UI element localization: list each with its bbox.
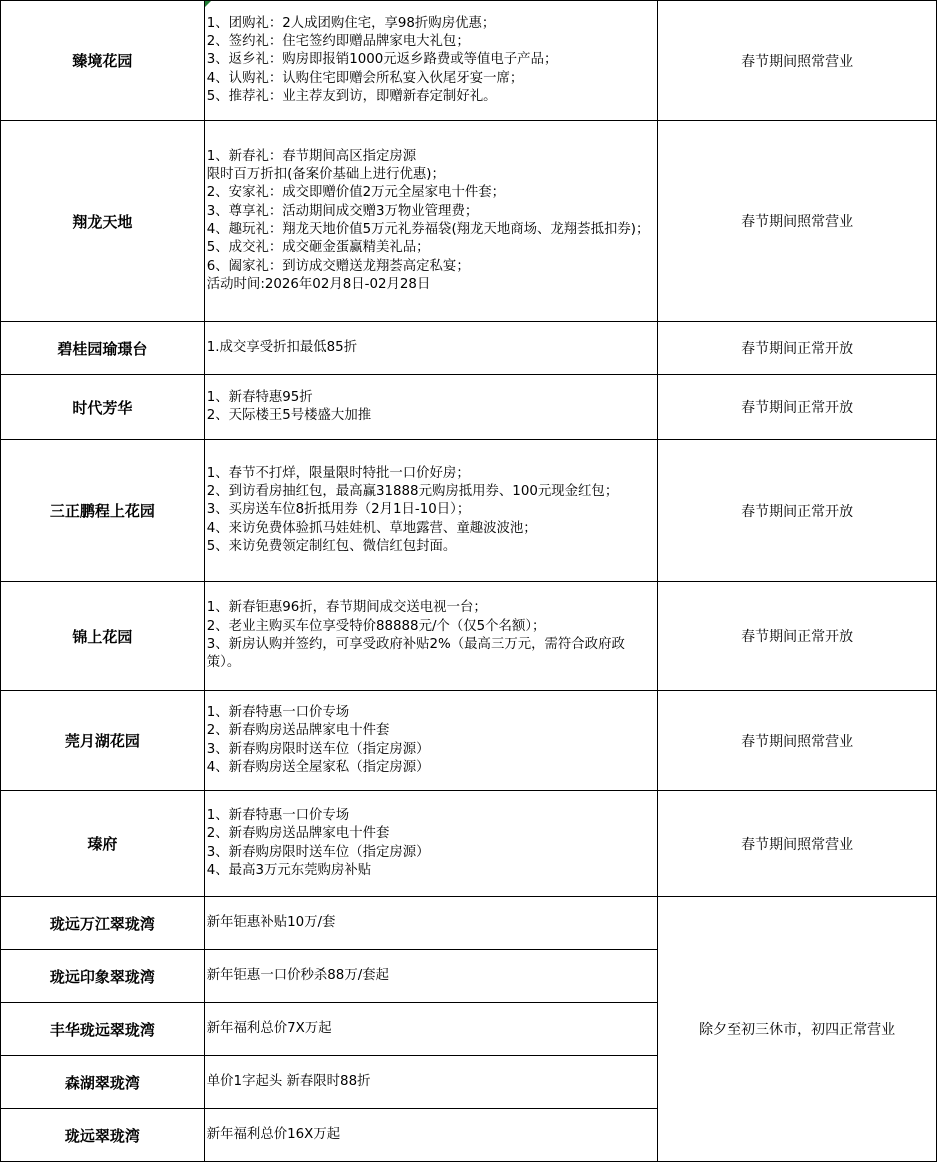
- promo-line: 1、团购礼：2人成团购住宅，享98折购房优惠；: [207, 15, 658, 33]
- status-cell[interactable]: 春节期间照常营业: [658, 791, 937, 897]
- promo-line: 4、来访免费体验抓马娃娃机、草地露营、童趣波波池；: [207, 520, 658, 538]
- table-row: 锦上花园 1、新春钜惠96折，春节期间成交送电视一台； 2、老业主购买车位享受特…: [1, 582, 937, 691]
- promotions-table: 臻境花园 1、团购礼：2人成团购住宅，享98折购房优惠； 2、签约礼：住宅签约即…: [0, 0, 937, 1162]
- promo-line: 3、新春购房限时送车位（指定房源）: [207, 741, 658, 759]
- project-name-cell[interactable]: 珑远印象翠珑湾: [1, 950, 205, 1003]
- promo-cell[interactable]: 1、新春钜惠96折，春节期间成交送电视一台； 2、老业主购买车位享受特价8888…: [204, 582, 658, 691]
- promo-line: 新年福利总价16X万起: [207, 1126, 658, 1144]
- promo-line: 1、春节不打烊，限量限时特批一口价好房；: [207, 465, 658, 483]
- promo-line: 1、新春特惠一口价专场: [207, 704, 658, 722]
- project-name-cell[interactable]: 珑远万江翠珑湾: [1, 897, 205, 950]
- project-name-cell[interactable]: 瑧府: [1, 791, 205, 897]
- table-row: 珑远万江翠珑湾 新年钜惠补贴10万/套 除夕至初三休市，初四正常营业: [1, 897, 937, 950]
- promo-line: 2、安家礼：成交即赠价值2万元全屋家电十件套；: [207, 184, 658, 202]
- project-name-cell[interactable]: 三正鹏程上花园: [1, 440, 205, 582]
- promo-line: 2、老业主购买车位享受特价88888元/个（仅5个名额）；: [207, 618, 658, 636]
- promo-cell[interactable]: 1、新春特惠一口价专场 2、新春购房送品牌家电十件套 3、新春购房限时送车位（指…: [204, 691, 658, 791]
- promo-line: 1、新春钜惠96折，春节期间成交送电视一台；: [207, 599, 658, 617]
- project-name-cell[interactable]: 翔龙天地: [1, 121, 205, 322]
- promo-line: 1、新春特惠一口价专场: [207, 807, 658, 825]
- promo-line: 3、尊享礼：活动期间成交赠3万物业管理费；: [207, 203, 658, 221]
- promo-line: 2、到访看房抽红包，最高赢31888元购房抵用券、100元现金红包；: [207, 483, 658, 501]
- promo-line: 6、阖家礼：到访成交赠送龙翔荟高定私宴；: [207, 258, 658, 276]
- promo-line: 限时百万折扣(备案价基础上进行优惠)；: [207, 166, 658, 184]
- table-row: 莞月湖花园 1、新春特惠一口价专场 2、新春购房送品牌家电十件套 3、新春购房限…: [1, 691, 937, 791]
- promo-cell[interactable]: 新年福利总价16X万起: [204, 1109, 658, 1162]
- project-name-cell[interactable]: 碧桂园瑜璟台: [1, 322, 205, 375]
- status-cell[interactable]: 春节期间照常营业: [658, 121, 937, 322]
- project-name-cell[interactable]: 时代芳华: [1, 375, 205, 440]
- promo-cell[interactable]: 1、新春特惠95折 2、天际楼王5号楼盛大加推: [204, 375, 658, 440]
- promo-line: 3、买房送车位8折抵用券（2月1日-10日）；: [207, 501, 658, 519]
- promo-line: 4、认购礼：认购住宅即赠会所私宴入伙尾牙宴一席；: [207, 70, 658, 88]
- promo-line: 2、新春购房送品牌家电十件套: [207, 722, 658, 740]
- table-row: 时代芳华 1、新春特惠95折 2、天际楼王5号楼盛大加推 春节期间正常开放: [1, 375, 937, 440]
- status-cell[interactable]: 春节期间正常开放: [658, 582, 937, 691]
- promo-cell[interactable]: 1、春节不打烊，限量限时特批一口价好房； 2、到访看房抽红包，最高赢31888元…: [204, 440, 658, 582]
- table-row: 瑧府 1、新春特惠一口价专场 2、新春购房送品牌家电十件套 3、新春购房限时送车…: [1, 791, 937, 897]
- table-row: 三正鹏程上花园 1、春节不打烊，限量限时特批一口价好房； 2、到访看房抽红包，最…: [1, 440, 937, 582]
- promo-line: 2、签约礼：住宅签约即赠品牌家电大礼包；: [207, 33, 658, 51]
- table-row: 臻境花园 1、团购礼：2人成团购住宅，享98折购房优惠； 2、签约礼：住宅签约即…: [1, 1, 937, 121]
- promo-line: 3、新春购房限时送车位（指定房源）: [207, 844, 658, 862]
- project-name-cell[interactable]: 臻境花园: [1, 1, 205, 121]
- project-name-cell[interactable]: 莞月湖花园: [1, 691, 205, 791]
- status-cell[interactable]: 春节期间正常开放: [658, 322, 937, 375]
- promo-cell[interactable]: 单价1字起头 新春限时88折: [204, 1056, 658, 1109]
- promo-cell[interactable]: 1.成交享受折扣最低85折: [204, 322, 658, 375]
- promo-line: 1、新春礼：春节期间高区指定房源: [207, 148, 658, 166]
- promo-line: 活动时间:2026年02月8日-02月28日: [207, 276, 658, 294]
- promo-cell[interactable]: 1、团购礼：2人成团购住宅，享98折购房优惠； 2、签约礼：住宅签约即赠品牌家电…: [204, 1, 658, 121]
- status-cell[interactable]: 春节期间正常开放: [658, 375, 937, 440]
- promo-line: 新年钜惠补贴10万/套: [207, 914, 658, 932]
- promo-cell[interactable]: 1、新春礼：春节期间高区指定房源 限时百万折扣(备案价基础上进行优惠)； 2、安…: [204, 121, 658, 322]
- promo-line: 5、推荐礼：业主荐友到访，即赠新春定制好礼。: [207, 88, 658, 106]
- project-name-cell[interactable]: 丰华珑远翠珑湾: [1, 1003, 205, 1056]
- merged-status-cell[interactable]: 除夕至初三休市，初四正常营业: [658, 897, 937, 1162]
- promo-cell[interactable]: 1、新春特惠一口价专场 2、新春购房送品牌家电十件套 3、新春购房限时送车位（指…: [204, 791, 658, 897]
- promo-cell[interactable]: 新年钜惠补贴10万/套: [204, 897, 658, 950]
- promo-line: 5、成交礼：成交砸金蛋赢精美礼品；: [207, 239, 658, 257]
- table-row: 翔龙天地 1、新春礼：春节期间高区指定房源 限时百万折扣(备案价基础上进行优惠)…: [1, 121, 937, 322]
- promo-line: 单价1字起头 新春限时88折: [207, 1073, 658, 1091]
- status-cell[interactable]: 春节期间照常营业: [658, 691, 937, 791]
- promo-line: 1、新春特惠95折: [207, 389, 658, 407]
- promo-cell[interactable]: 新年福利总价7X万起: [204, 1003, 658, 1056]
- project-name-cell[interactable]: 珑远翠珑湾: [1, 1109, 205, 1162]
- promo-line: 5、来访免费领定制红包、微信红包封面。: [207, 538, 658, 556]
- status-cell[interactable]: 春节期间正常开放: [658, 440, 937, 582]
- promo-line: 3、新房认购并签约，可享受政府补贴2%（最高三万元，需符合政府政策）。: [207, 636, 658, 673]
- promo-cell[interactable]: 新年钜惠一口价秒杀88万/套起: [204, 950, 658, 1003]
- promo-line: 新年福利总价7X万起: [207, 1020, 658, 1038]
- promo-line: 新年钜惠一口价秒杀88万/套起: [207, 967, 658, 985]
- status-cell[interactable]: 春节期间照常营业: [658, 1, 937, 121]
- promo-line: 4、新春购房送全屋家私（指定房源）: [207, 759, 658, 777]
- project-name-cell[interactable]: 森湖翠珑湾: [1, 1056, 205, 1109]
- cell-marker-icon: [205, 1, 211, 7]
- promo-line: 2、新春购房送品牌家电十件套: [207, 825, 658, 843]
- promo-line: 3、返乡礼：购房即报销1000元返乡路费或等值电子产品；: [207, 51, 658, 69]
- project-name-cell[interactable]: 锦上花园: [1, 582, 205, 691]
- promo-line: 4、趣玩礼：翔龙天地价值5万元礼券福袋(翔龙天地商场、龙翔荟抵扣券)；: [207, 221, 658, 239]
- promo-line: 4、最高3万元东莞购房补贴: [207, 862, 658, 880]
- table-row: 碧桂园瑜璟台 1.成交享受折扣最低85折 春节期间正常开放: [1, 322, 937, 375]
- promo-line: 1.成交享受折扣最低85折: [207, 339, 658, 357]
- promo-line: 2、天际楼王5号楼盛大加推: [207, 407, 658, 425]
